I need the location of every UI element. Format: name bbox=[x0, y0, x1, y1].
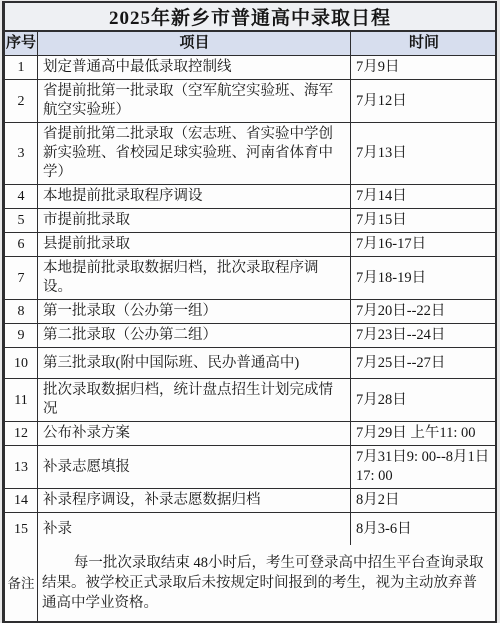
row-index: 2 bbox=[5, 80, 38, 122]
table-row: 11批次录取数据归档，统计盘点招生计划完成情况7月28日 bbox=[5, 379, 495, 422]
row-time: 7月20日--22日 bbox=[351, 300, 495, 323]
note-cell: 每一批次录取结束 48小时后，考生可登录高中招生平台查询录取结果。被学校正式录取… bbox=[38, 545, 495, 569]
row-time: 7月28日 bbox=[351, 379, 495, 421]
col-header-index: 序号 bbox=[5, 32, 38, 55]
table-row: 2省提前批第一批录取（空军航空实验班、海军航空实验班）7月12日 bbox=[5, 80, 495, 123]
table-row: 1划定普通高中最低录取控制线7月9日 bbox=[5, 56, 495, 80]
row-time: 7月25日--27日 bbox=[351, 348, 495, 378]
table-header-row: 序号 项目 时间 bbox=[5, 32, 495, 56]
row-item: 补录志愿填报 bbox=[38, 446, 351, 488]
col-header-item: 项目 bbox=[38, 32, 351, 55]
note-label: 备注 bbox=[5, 545, 38, 569]
row-item: 省提前批第二批录取（宏志班、省实验中学创新实验班、省校园足球实验班、河南省体育中… bbox=[38, 123, 351, 184]
row-index: 7 bbox=[5, 257, 38, 299]
row-item: 补录程序调设，补录志愿数据归档 bbox=[38, 489, 351, 512]
row-index: 1 bbox=[5, 56, 38, 79]
row-time: 7月12日 bbox=[351, 80, 495, 122]
row-index: 15 bbox=[5, 513, 38, 545]
row-index: 6 bbox=[5, 233, 38, 256]
admission-schedule-table: 2025年新乡市普通高中录取日程 序号 项目 时间 1划定普通高中最低录取控制线… bbox=[2, 1, 497, 569]
row-time: 7月29日 上午11: 00 bbox=[351, 422, 495, 445]
row-index: 8 bbox=[5, 300, 38, 323]
row-item: 市提前批录取 bbox=[38, 209, 351, 232]
row-index: 5 bbox=[5, 209, 38, 232]
row-time: 7月15日 bbox=[351, 209, 495, 232]
row-index: 9 bbox=[5, 324, 38, 347]
row-item: 第一批录取（公办第一组） bbox=[38, 300, 351, 323]
row-item: 第二批录取（公办第二组） bbox=[38, 324, 351, 347]
row-index: 11 bbox=[5, 379, 38, 421]
table-body: 1划定普通高中最低录取控制线7月9日2省提前批第一批录取（空军航空实验班、海军航… bbox=[5, 56, 495, 545]
row-time: 8月3-6日 bbox=[351, 513, 495, 545]
col-header-time: 时间 bbox=[351, 32, 495, 55]
table-row: 4本地提前批录取程序调设7月14日 bbox=[5, 185, 495, 209]
row-item: 本地提前批录取程序调设 bbox=[38, 185, 351, 208]
row-time: 7月13日 bbox=[351, 123, 495, 184]
row-index: 13 bbox=[5, 446, 38, 488]
row-time: 7月18-19日 bbox=[351, 257, 495, 299]
row-index: 4 bbox=[5, 185, 38, 208]
table-row: 8第一批录取（公办第一组）7月20日--22日 bbox=[5, 300, 495, 324]
note-text: 每一批次录取结束 48小时后，考生可登录高中招生平台查询录取结果。被学校正式录取… bbox=[42, 553, 489, 569]
row-item: 县提前批录取 bbox=[38, 233, 351, 256]
table-row: 5市提前批录取7月15日 bbox=[5, 209, 495, 233]
row-time: 7月16-17日 bbox=[351, 233, 495, 256]
row-item: 公布补录方案 bbox=[38, 422, 351, 445]
table-row: 3省提前批第二批录取（宏志班、省实验中学创新实验班、省校园足球实验班、河南省体育… bbox=[5, 123, 495, 185]
table-row: 10第三批录取(附中国际班、民办普通高中)7月25日--27日 bbox=[5, 348, 495, 379]
row-time: 7月14日 bbox=[351, 185, 495, 208]
row-item: 本地提前批录取数据归档，批次录取程序调设。 bbox=[38, 257, 351, 299]
row-item: 补录 bbox=[38, 513, 351, 545]
row-index: 10 bbox=[5, 348, 38, 378]
row-time: 8月2日 bbox=[351, 489, 495, 512]
row-index: 14 bbox=[5, 489, 38, 512]
table-title: 2025年新乡市普通高中录取日程 bbox=[5, 3, 495, 32]
row-time: 7月9日 bbox=[351, 56, 495, 79]
row-time: 7月23日--24日 bbox=[351, 324, 495, 347]
table-row: 9第二批录取（公办第二组）7月23日--24日 bbox=[5, 324, 495, 348]
table-row: 13补录志愿填报7月31日9: 00--8月1日17: 00 bbox=[5, 446, 495, 489]
row-item: 批次录取数据归档，统计盘点招生计划完成情况 bbox=[38, 379, 351, 421]
table-row: 6县提前批录取7月16-17日 bbox=[5, 233, 495, 257]
note-row: 备注 每一批次录取结束 48小时后，考生可登录高中招生平台查询录取结果。被学校正… bbox=[5, 545, 495, 569]
table-row: 12公布补录方案7月29日 上午11: 00 bbox=[5, 422, 495, 446]
table-row: 15补录8月3-6日 bbox=[5, 513, 495, 545]
row-item: 省提前批第一批录取（空军航空实验班、海军航空实验班） bbox=[38, 80, 351, 122]
table-row: 7本地提前批录取数据归档，批次录取程序调设。7月18-19日 bbox=[5, 257, 495, 300]
row-item: 划定普通高中最低录取控制线 bbox=[38, 56, 351, 79]
row-item: 第三批录取(附中国际班、民办普通高中) bbox=[38, 348, 351, 378]
table-row: 14补录程序调设，补录志愿数据归档8月2日 bbox=[5, 489, 495, 513]
row-index: 12 bbox=[5, 422, 38, 445]
row-index: 3 bbox=[5, 123, 38, 184]
row-time: 7月31日9: 00--8月1日17: 00 bbox=[351, 446, 495, 488]
